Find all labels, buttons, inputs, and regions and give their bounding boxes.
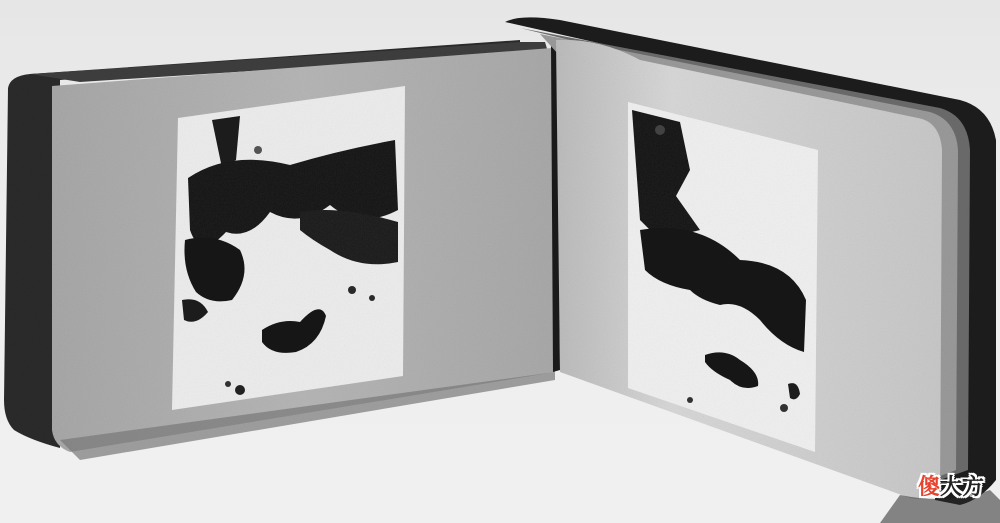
left-photo bbox=[172, 86, 405, 410]
album-illustration bbox=[0, 0, 1000, 523]
album-photo: 傻大方 bbox=[0, 0, 1000, 523]
watermark: 傻大方 bbox=[918, 470, 984, 501]
watermark-char-rest: 大方 bbox=[940, 475, 984, 500]
watermark-char-1: 傻 bbox=[918, 475, 940, 500]
